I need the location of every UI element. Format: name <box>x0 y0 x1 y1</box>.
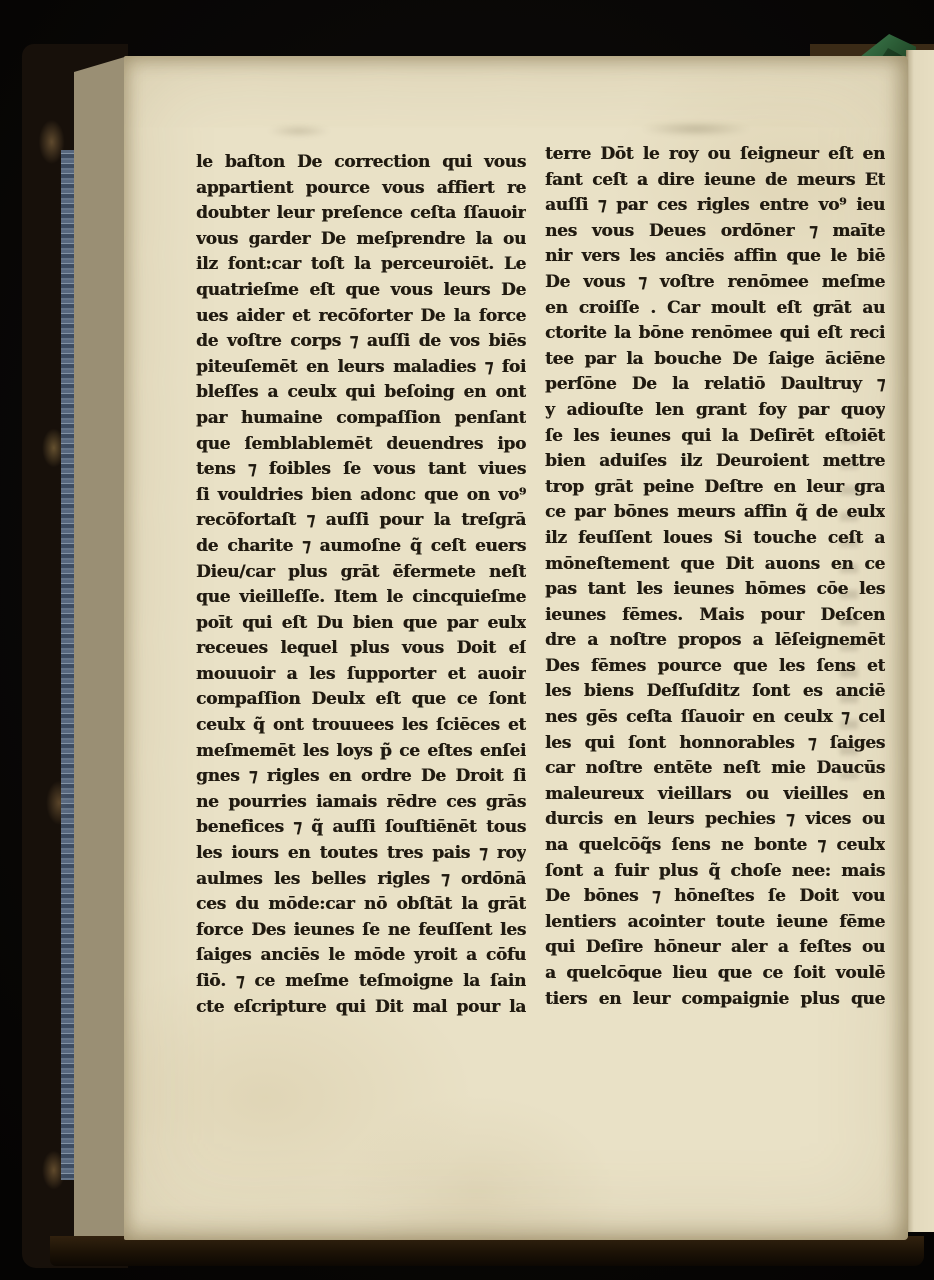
text-line: dre a noſtre propos a lēſeignemēt <box>545 628 885 654</box>
text-line: ſiō. ⁊ ce meſme teſmoigne la ſain <box>196 969 526 995</box>
text-line: compaſſion Deulx eſt que ce ſont <box>196 687 526 713</box>
text-line: na quelcōq̃s ſens ne bonte ⁊ ceulx <box>545 833 885 859</box>
text-line: meſmemēt les loys p̃ ce eſtes enſei <box>196 739 526 765</box>
text-line: Des fēmes pource que les ſens et <box>545 654 885 680</box>
text-line: bleſſes a ceulx qui beſoing en ont <box>196 380 526 406</box>
text-line: De vous ⁊ voſtre renōmee meſme <box>545 270 885 296</box>
text-line: que vieilleſſe. Item le cincquieſme <box>196 585 526 611</box>
text-line: qui Deſire hōneur aler a feſtes ou <box>545 935 885 961</box>
text-line: pas tant les ieunes hōmes cōe les <box>545 577 885 603</box>
text-line: perſōne De la relatiō Daultruy ⁊ <box>545 372 885 398</box>
text-line: ſaiges anciēs le mōde yroit a cōfu <box>196 943 526 969</box>
text-line: en croiſſe . Car moult eſt grāt au <box>545 296 885 322</box>
text-line: a quelcōque lieu que ce ſoit voulē <box>545 961 885 987</box>
text-line: de charite ⁊ aumoſne q̃ ceſt euers <box>196 534 526 560</box>
text-line: ilz font:car toſt la perceuroiēt. Le <box>196 252 526 278</box>
text-line: par humaine compaſſion penſant <box>196 406 526 432</box>
text-line: auſſi ⁊ par ces rigles entre vo⁹ ieu <box>545 193 885 219</box>
text-line: ſi vouldries bien adonc que on vo⁹ <box>196 483 526 509</box>
text-line: tiers en leur compaignie plus que <box>545 987 885 1013</box>
text-line: mouuoir a les ſupporter et auoir <box>196 662 526 688</box>
text-line: piteuſemēt en leurs maladies ⁊ foi <box>196 355 526 381</box>
text-line: cte eſcripture qui Dit mal pour la <box>196 995 526 1021</box>
text-line: De bōnes ⁊ hōneſtes ſe Doit vou <box>545 884 885 910</box>
text-line: receues lequel plus vous Doit eſ <box>196 636 526 662</box>
text-line: tee par la bouche De ſaige āciēne <box>545 347 885 373</box>
text-line: fant ceſt a dire ieune de meurs Et <box>545 168 885 194</box>
text-line: ilz feuſſent loues Si touche ceſt a <box>545 526 885 552</box>
text-line: bien aduiſes ilz Deuroient mettre <box>545 449 885 475</box>
text-line: le baſton De correction qui vous <box>196 150 526 176</box>
text-line: tens ⁊ foibles ſe vous tant viues <box>196 457 526 483</box>
text-line: ceulx q̃ ont trouuees les ſciēces et <box>196 713 526 739</box>
text-line: maleureux vieillars ou vieilles en <box>545 782 885 808</box>
text-line: ſe les ieunes qui la Deſirēt eſtoiēt <box>545 424 885 450</box>
text-line: ce par bōnes meurs affin q̃ de eulx <box>545 500 885 526</box>
text-line: benefices ⁊ q̃ auſſi ſouſtiēnēt tous <box>196 815 526 841</box>
text-column-right: terre Dōt le roy ou ſeigneur eſt enfant … <box>545 142 885 1012</box>
book-page: le baſton De correction qui vousappartie… <box>124 56 908 1240</box>
text-line: les biens Deſſuſditz ſont es anciē <box>545 679 885 705</box>
photographed-book: le baſton De correction qui vousappartie… <box>0 0 934 1280</box>
text-line: terre Dōt le roy ou ſeigneur eſt en <box>545 142 885 168</box>
text-line: doubter leur preſence ceſta ſſauoir <box>196 201 526 227</box>
text-line: nes vous Deues ordōner ⁊ maīte <box>545 219 885 245</box>
text-line: poīt qui eſt Du bien que par eulx <box>196 611 526 637</box>
text-line: force Des ieunes ſe ne feuſſent les <box>196 918 526 944</box>
text-line: aulmes les belles rigles ⁊ ordōnā <box>196 867 526 893</box>
next-page-sliver <box>906 50 934 1232</box>
text-line: de voſtre corps ⁊ auſſi de vos biēs <box>196 329 526 355</box>
text-line: les qui ſont honnorables ⁊ ſaiges <box>545 731 885 757</box>
text-line: car noſtre entēte neſt mie Daucūs <box>545 756 885 782</box>
show-through-smudge-right <box>636 120 756 138</box>
text-line: nir vers les anciēs affin que le biē <box>545 244 885 270</box>
text-line: appartient pource vous affiert re <box>196 176 526 202</box>
page-block-fore-edge <box>74 56 128 1244</box>
text-line: lentiers acointer toute ieune fēme <box>545 910 885 936</box>
book-bottom-cover-edge <box>50 1236 924 1266</box>
text-line: ctorite la bōne renōmee qui eſt reci <box>545 321 885 347</box>
text-line: y adiouſte len grant foy par quoy <box>545 398 885 424</box>
text-line: vous garder De meſprendre la ou <box>196 227 526 253</box>
text-line: durcis en leurs pechies ⁊ vices ou <box>545 807 885 833</box>
text-line: recōfortaſt ⁊ auſſi pour la treſgrā <box>196 508 526 534</box>
text-line: gnes ⁊ rigles en ordre De Droit ſi <box>196 764 526 790</box>
text-line: ieunes fēmes. Mais pour Deſcen <box>545 603 885 629</box>
text-line: ces du mōde:car nō obſtāt la grāt <box>196 892 526 918</box>
text-line: nes gēs ceſta ſſauoir en ceulx ⁊ cel <box>545 705 885 731</box>
text-line: mōneſtement que Dit auons en ce <box>545 552 885 578</box>
text-line: Dieu/car plus grāt ēfermete neſt <box>196 560 526 586</box>
show-through-smudge-left <box>264 124 334 138</box>
text-line: que ſemblablemēt deuendres ipo <box>196 432 526 458</box>
text-line: quatrieſme eſt que vous leurs De <box>196 278 526 304</box>
text-line: ſont a fuir plus q̃ choſe nee: mais <box>545 859 885 885</box>
text-line: trop grāt peine Deſtre en leur gra <box>545 475 885 501</box>
text-column-left: le baſton De correction qui vousappartie… <box>196 150 526 1020</box>
text-line: les iours en toutes tres pais ⁊ roy <box>196 841 526 867</box>
text-line: ne pourries iamais rēdre ces grās <box>196 790 526 816</box>
marbled-endpaper-edge <box>61 150 75 1180</box>
text-line: ues aider et recōforter De la force <box>196 304 526 330</box>
